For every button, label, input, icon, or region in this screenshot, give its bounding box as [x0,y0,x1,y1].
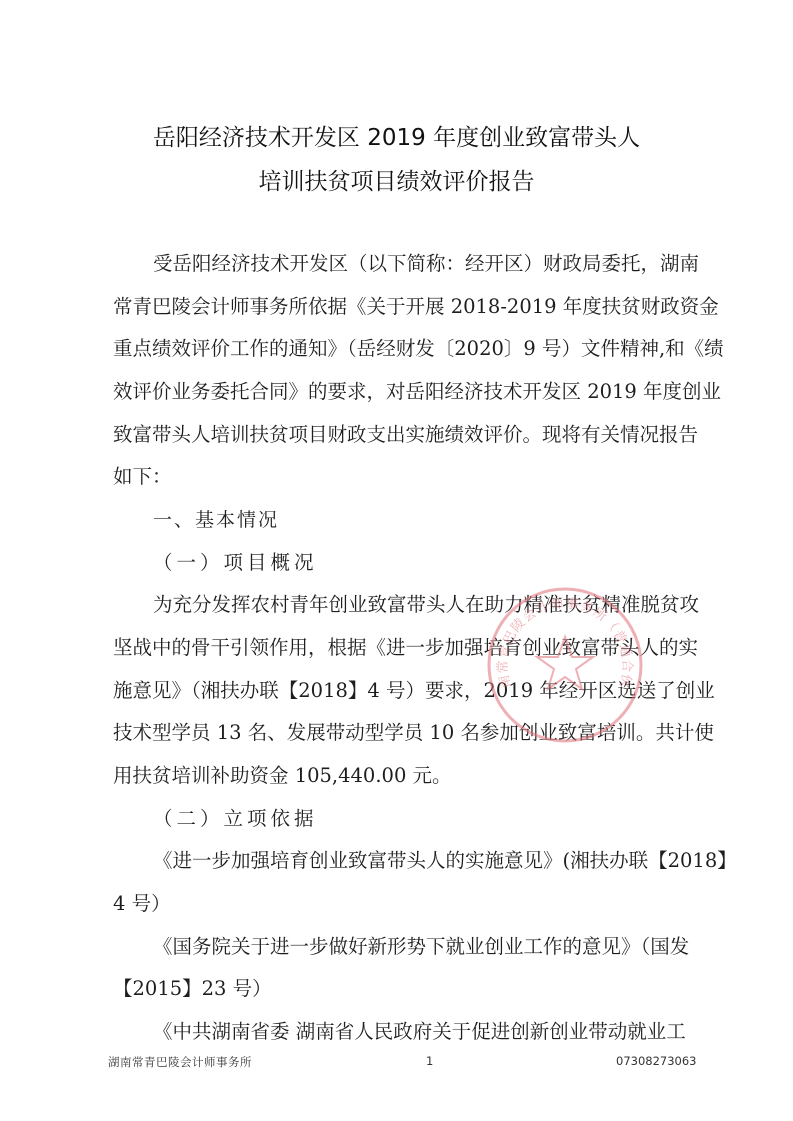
section-heading-basic-info: 一、基本情况 [153,505,683,535]
footer-phone: 07308273063 [616,1054,696,1068]
intro-line: 受岳阳经济技术开发区（以下简称：经开区）财政局委托，湖南 [153,249,683,279]
intro-line: 如下： [113,462,683,492]
intro-line: 效评价业务委托合同》的要求，对岳阳经济技术开发区 2019 年度创业 [113,377,683,407]
subsection-heading-project-basis: （二）立项依据 [153,804,683,834]
overview-line: 用扶贫培训补助资金 105,440.00 元。 [113,761,683,791]
report-title-line-2: 培训扶贫项目绩效评价报告 [0,163,793,196]
overview-line: 技术型学员 13 名、发展带动型学员 10 名参加创业致富培训。共计使 [113,718,683,748]
intro-line: 致富带头人培训扶贫项目财政支出实施绩效评价。现将有关情况报告 [113,420,683,450]
subsection-heading-project-overview: （一）项目概况 [153,548,683,578]
basis-line: 《国务院关于进一步做好新形势下就业创业工作的意见》（国发 [153,932,683,962]
footer-firm-name: 湖南常青巴陵会计师事务所 [108,1054,252,1070]
report-title-line-1: 岳阳经济技术开发区 2019 年度创业致富带头人 [0,119,793,152]
document-page: 岳阳经济技术开发区 2019 年度创业致富带头人 培训扶贫项目绩效评价报告 受岳… [0,0,793,1121]
intro-line: 常青巴陵会计师事务所依据《关于开展 2018-2019 年度扶贫财政资金 [113,292,683,322]
basis-line: 《进一步加强培育创业致富带头人的实施意见》(湘扶办联【2018】 [153,846,683,876]
intro-line: 重点绩效评价工作的通知》（岳经财发〔2020〕9 号）文件精神,和《绩 [113,334,683,364]
overview-line: 为充分发挥农村青年创业致富带头人在助力精准扶贫精准脱贫攻 [153,590,683,620]
basis-line: 4 号） [113,889,683,919]
overview-line: 坚战中的骨干引领作用，根据《进一步加强培育创业致富带头人的实 [113,633,683,663]
footer-page-number: 1 [426,1054,433,1068]
overview-line: 施意见》（湘扶办联【2018】4 号）要求，2019 年经开区选送了创业 [113,676,683,706]
basis-line: 《中共湖南省委 湖南省人民政府关于促进创新创业带动就业工 [153,1017,683,1047]
basis-line: 【2015】23 号） [113,974,683,1004]
